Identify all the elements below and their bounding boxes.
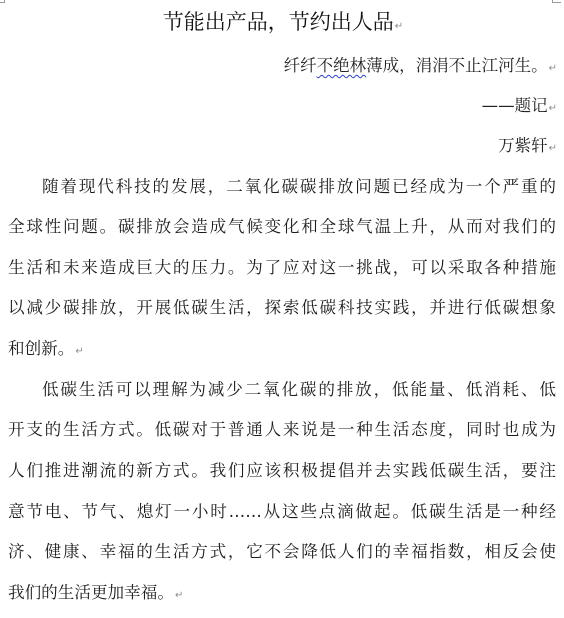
paragraph-mark-icon: ↵ [549, 63, 557, 74]
spellcheck-flagged-text[interactable]: 不绝林 [317, 56, 367, 75]
paragraph-mark-icon: ↵ [75, 346, 83, 357]
paragraph-2-line-3[interactable]: 人们推进潮流的新方式。我们应该积极提倡并去实践低碳生活，要注 [8, 459, 556, 483]
paragraph-2-line-2[interactable]: 开支的生活方式。低碳对于普通人来说是一种生活态度，同时也成为 [8, 418, 556, 442]
paragraph-mark-icon: ↵ [549, 103, 557, 114]
paragraph-2-line-4[interactable]: 意节电、节气、熄灯一小时……从这些点滴做起。低碳生活是一种经 [8, 500, 556, 524]
paragraph-2-line-5[interactable]: 济、健康、幸福的生活方式，它不会降低人们的幸福指数，相反会使 [8, 540, 556, 564]
author-line[interactable]: 万紫轩↵ [498, 134, 557, 161]
paragraph-2-last-text: 我们的生活更加幸福。 [8, 583, 174, 602]
title-text: 节能出产品，节约出人品 [163, 10, 394, 34]
author-name: 万紫轩 [498, 136, 548, 155]
paragraph-1-last-text: 和创新。 [8, 339, 74, 358]
epigraph-line[interactable]: 纤纤不绝林薄成，涓涓不止江河生。↵ [284, 54, 557, 81]
epigraph-text-end: 薄成，涓涓不止江河生。 [366, 56, 548, 75]
paragraph-mark-icon: ↵ [549, 143, 557, 154]
paragraph-mark-icon: ↵ [395, 21, 403, 32]
paragraph-1-line-5[interactable]: 和创新。↵ [8, 337, 84, 364]
epigraph-text-start: 纤纤 [284, 56, 317, 75]
paragraph-1-line-4[interactable]: 以减少碳排放，开展低碳生活，探索低碳科技实践，并进行低碳想象 [8, 296, 556, 320]
paragraph-1-line-2[interactable]: 全球性问题。碳排放会造成气候变化和全球气温上升，从而对我们的 [8, 215, 556, 239]
epigraph-attribution[interactable]: ——题记↵ [482, 94, 557, 121]
paragraph-1-line-1[interactable]: 随着现代科技的发展，二氧化碳碳排放问题已经成为一个严重的 [42, 175, 556, 199]
paragraph-2-line-1[interactable]: 低碳生活可以理解为减少二氧化碳的排放，低能量、低消耗、低 [42, 378, 556, 402]
attribution-text: ——题记 [482, 96, 548, 115]
document-page[interactable]: 节能出产品，节约出人品↵ 纤纤不绝林薄成，涓涓不止江河生。↵ ——题记↵ 万紫轩… [0, 0, 564, 618]
document-title[interactable]: 节能出产品，节约出人品↵ [0, 8, 564, 41]
paragraph-1-line-3[interactable]: 生活和未来造成巨大的压力。为了应对这一挑战，可以采取各种措施 [8, 256, 556, 280]
paragraph-2-line-6[interactable]: 我们的生活更加幸福。↵ [8, 581, 183, 608]
paragraph-mark-icon: ↵ [175, 590, 183, 601]
